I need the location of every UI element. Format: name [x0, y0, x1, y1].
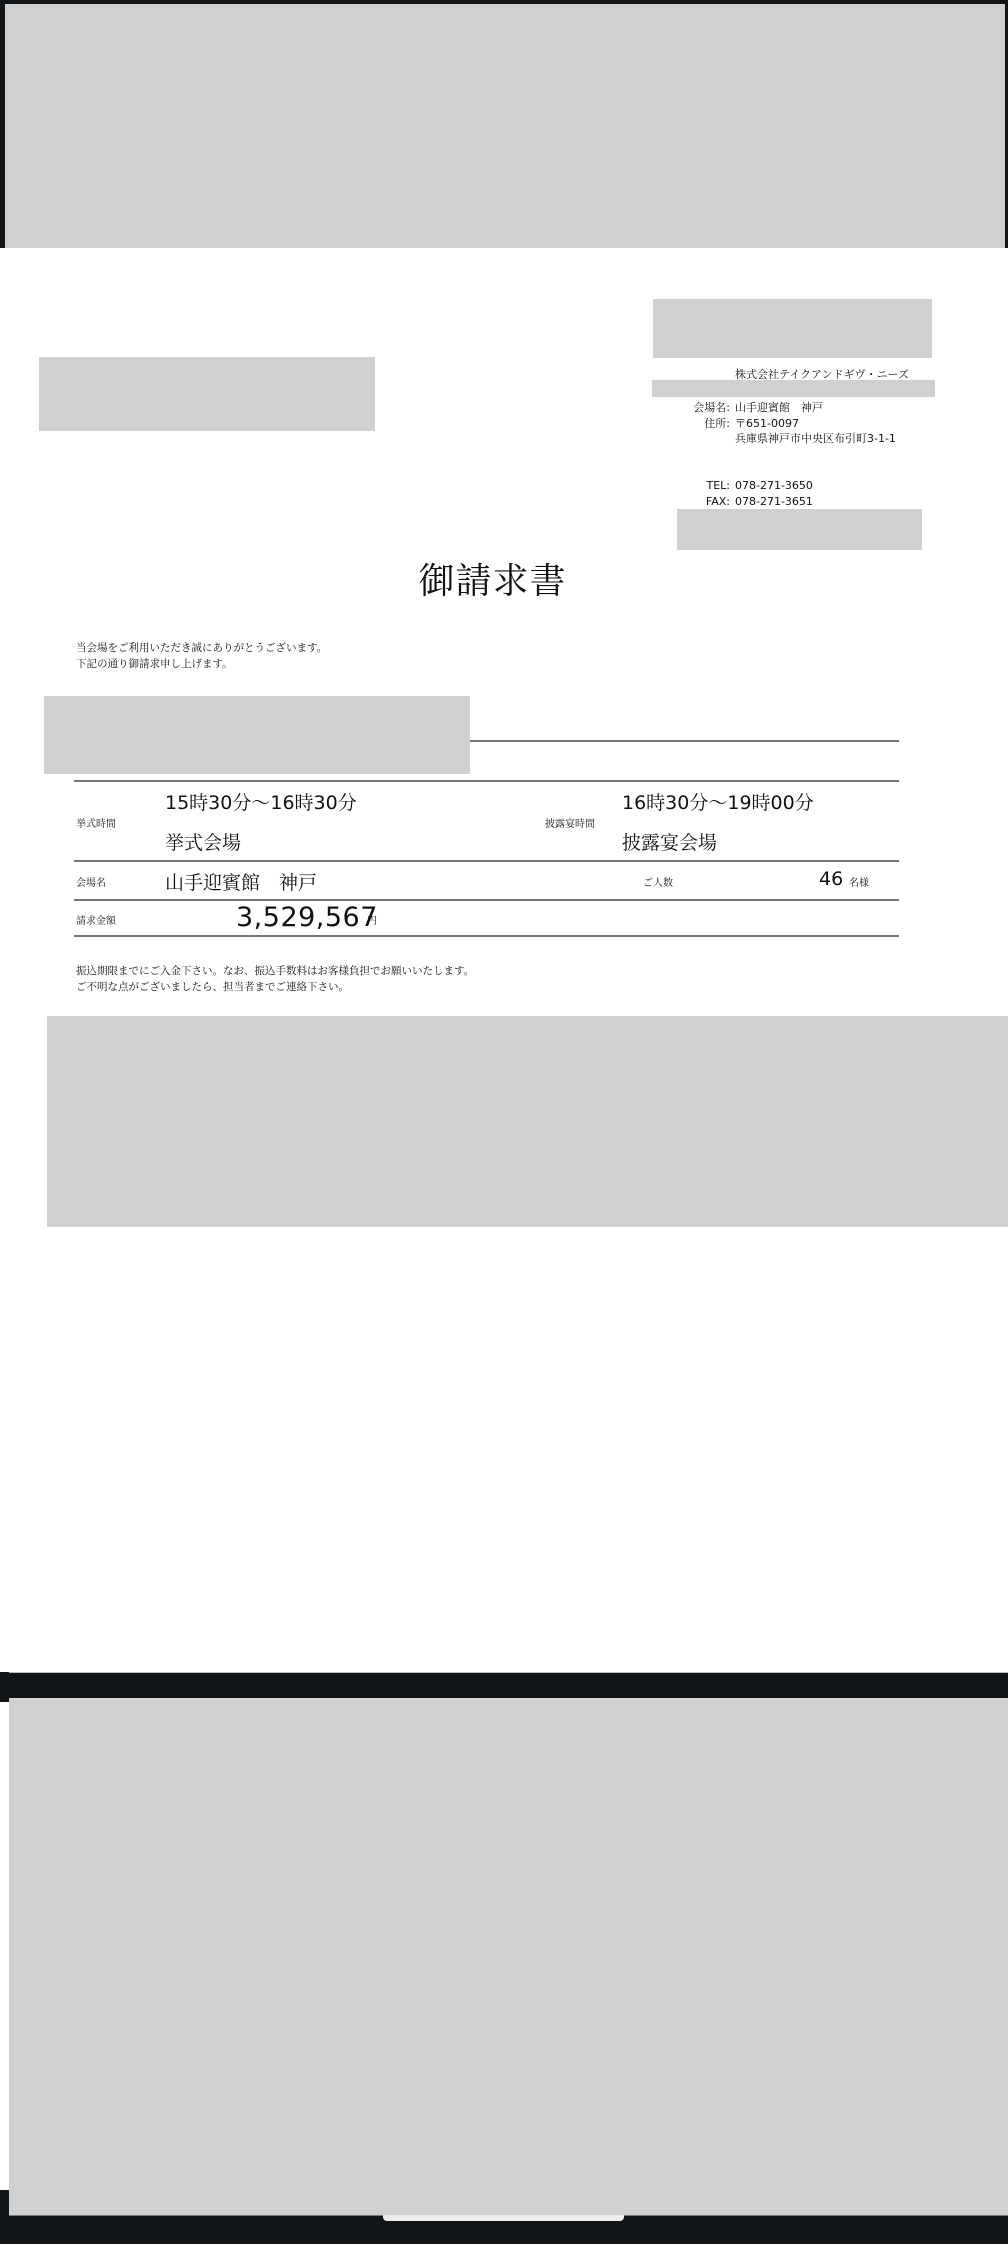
table-rule-bottom — [74, 935, 899, 937]
redacted-issuer-logo — [653, 299, 932, 358]
venue-name-label: 会場名 — [76, 874, 106, 889]
guest-count-unit: 名様 — [849, 874, 869, 889]
reception-venue: 披露宴会場 — [622, 828, 717, 855]
amount-label: 請求金額 — [76, 912, 116, 927]
redacted-issuer-line — [652, 380, 935, 397]
recipient-underline — [470, 740, 899, 742]
ceremony-time: 15時30分～16時30分 — [165, 788, 357, 815]
issuer-fax: 078-271-3651 — [735, 495, 813, 508]
table-rule-top — [74, 780, 899, 782]
redacted-recipient — [39, 357, 375, 431]
bottom-frame-bar — [0, 1672, 1008, 1699]
issuer-tel-label: TEL: — [670, 479, 730, 492]
redacted-bank-details — [47, 1016, 1008, 1227]
greeting-line-2: 下記の通り御請求申し上げます。 — [76, 656, 233, 671]
invoice-amount: 3,529,567 — [236, 902, 378, 933]
greeting-line-1: 当会場をご利用いただき誠にありがとうございます。 — [76, 640, 327, 655]
venue-name: 山手迎賓館 神戸 — [165, 868, 317, 895]
redacted-bottom-panel — [9, 1698, 1008, 2216]
issuer-venue-label: 会場名: — [670, 399, 730, 415]
guest-count-label: ご人数 — [643, 874, 673, 889]
payment-notice-line-1: 振込期限までにご入金下さい。なお、振込手数料はお客様負担でお願いいたします。 — [76, 963, 474, 978]
reception-time-label: 披露宴時間 — [545, 815, 595, 830]
amount-unit: 円 — [367, 912, 377, 927]
issuer-tel: 078-271-3650 — [735, 479, 813, 492]
issuer-address: 兵庫県神戸市中央区布引町3-1-1 — [735, 430, 896, 446]
issuer-address-label: 住所: — [670, 415, 730, 431]
document-title: 御請求書 — [0, 553, 985, 604]
bottom-frame-edge — [0, 1672, 9, 1702]
guest-count: 46 — [819, 868, 843, 890]
table-rule-1 — [74, 860, 899, 862]
issuer-venue: 山手迎賓館 神戸 — [735, 399, 823, 415]
issuer-fax-label: FAX: — [670, 495, 730, 508]
ceremony-venue: 挙式会場 — [165, 828, 241, 855]
issuer-postal-code: 〒651-0097 — [735, 415, 799, 431]
payment-notice-line-2: ご不明な点がございましたら、担当者までご連絡下さい。 — [76, 979, 349, 994]
reception-time: 16時30分～19時00分 — [622, 788, 814, 815]
redacted-issuer-stamp — [677, 509, 922, 550]
redacted-recipient-name — [44, 696, 470, 774]
home-indicator[interactable] — [383, 2215, 624, 2221]
redacted-header — [5, 4, 1005, 248]
table-rule-2 — [74, 899, 899, 901]
ceremony-time-label: 挙式時間 — [76, 815, 116, 830]
